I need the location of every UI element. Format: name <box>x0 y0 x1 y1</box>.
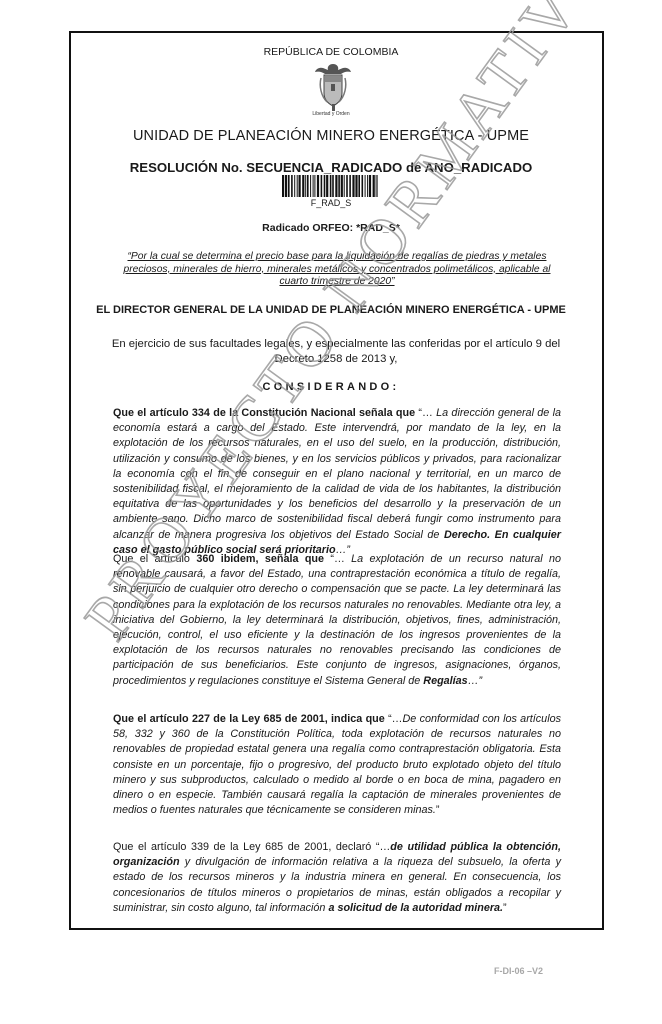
entity-heading: UNIDAD DE PLANEACIÓN MINERO ENERGÉTICA -… <box>0 128 662 144</box>
paragraph-lead: Que el artículo 334 de la Constitución N… <box>113 407 415 419</box>
quote-open: “… <box>385 713 403 725</box>
resolution-subject: “Por la cual se determina el precio base… <box>112 251 562 289</box>
quote-open: “… <box>415 407 436 419</box>
paragraph-pre: Que el artículo 339 de la Ley 685 de 200… <box>113 841 390 853</box>
paragraph-pre: Que el artículo <box>113 553 196 565</box>
authority-powers: En ejercicio de sus facultades legales, … <box>110 337 562 367</box>
quote-body: La explotación de un recurso natural no … <box>113 553 561 687</box>
quote-close: ” <box>503 902 507 914</box>
considerando-paragraph: Que el artículo 360 ibidem, señala que “… <box>113 552 561 689</box>
form-code: F-DI-06 –V2 <box>494 966 543 976</box>
paragraph-lead: 360 ibidem, señala que <box>196 553 324 565</box>
considerando-paragraph: Que el artículo 334 de la Constitución N… <box>113 406 561 558</box>
resolution-title: RESOLUCIÓN No. SECUENCIA_RADICADO de ANO… <box>0 160 662 175</box>
country-heading: REPÚBLICA DE COLOMBIA <box>0 46 662 58</box>
quote-body: De conformidad con los artículos 58, 332… <box>113 713 561 816</box>
quote-close: …” <box>468 675 482 687</box>
authority-title: EL DIRECTOR GENERAL DE LA UNIDAD DE PLAN… <box>0 304 662 316</box>
quote-close: ” <box>436 804 440 816</box>
motto: Libertad y Orden <box>0 111 662 117</box>
colombia-coat-of-arms-icon <box>313 60 353 112</box>
quote-emphasis-end: a solicitud de la autoridad minera. <box>328 902 503 914</box>
paragraph-lead: Que el artículo 227 de la Ley 685 de 200… <box>113 713 385 725</box>
considerando-paragraph: Que el artículo 339 de la Ley 685 de 200… <box>113 840 561 916</box>
radicado-orfeo: Radicado ORFEO: *RAD_S* <box>0 222 662 234</box>
barcode-label: F_RAD_S <box>0 198 662 208</box>
barcode-icon <box>282 175 378 197</box>
considerando-paragraph: Que el artículo 227 de la Ley 685 de 200… <box>113 712 561 818</box>
quote-body: La dirección general de la economía esta… <box>113 407 561 541</box>
quote-open: “… <box>324 553 351 565</box>
quote-emphasis: Regalías <box>423 675 467 687</box>
considerando-heading: CONSIDERANDO: <box>0 381 662 393</box>
